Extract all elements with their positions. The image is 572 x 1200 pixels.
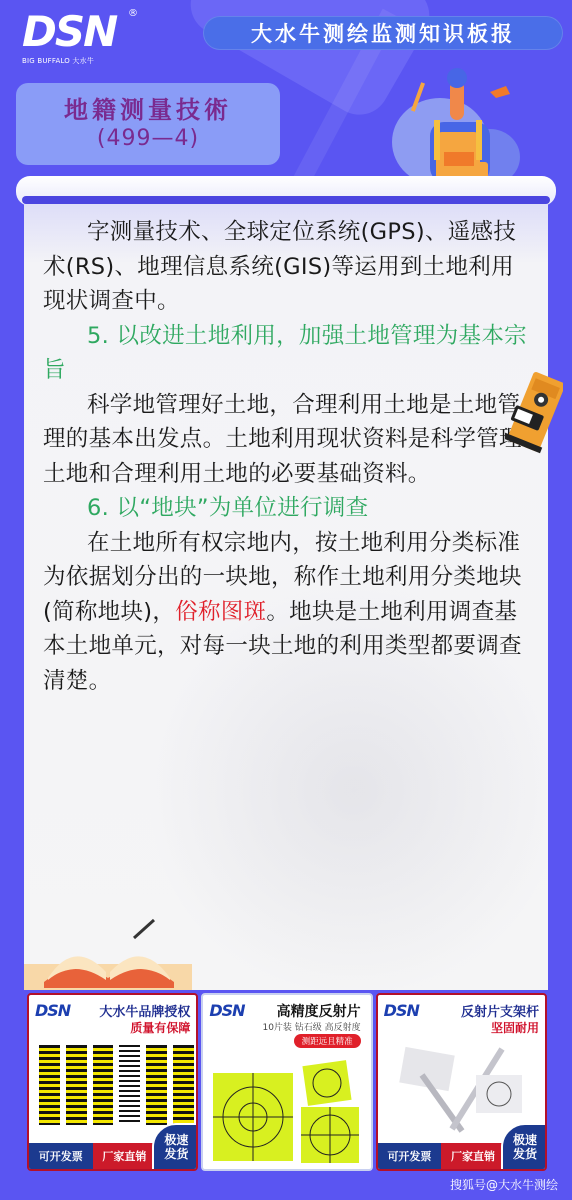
product-card-reflector[interactable]: DSN 高精度反射片 10片装 钻石级 高反射度 测距远且精准 <box>201 993 372 1171</box>
worker-illustration-icon <box>380 62 530 182</box>
registered-mark: ® <box>128 8 138 19</box>
banner-title: 大水牛测绘监测知识板报 <box>251 18 515 48</box>
fast-shipping-badge: 极速发货 <box>152 1123 198 1171</box>
product-ads: DSN 大水牛品牌授权 质量有保障 可开发票 厂家直销 极速发货 DSN 高精度… <box>27 993 547 1171</box>
article-body: 字测量技术、全球定位系统(GPS)、遥感技术(RS)、地理信息系统(GIS)等运… <box>43 215 533 698</box>
paragraph-3: 在土地所有权宗地内，按土地利用分类标准为依据划分出的一块地，称作土地利用分类地块… <box>43 526 533 699</box>
dsn-logo: DSN BIG BUFFALO 大水牛 ® <box>22 10 142 70</box>
scroll-rod <box>22 196 550 204</box>
product-card-reflector-stand[interactable]: DSN 反射片支架杆 坚固耐用 可开发票 厂家直销 极速发货 <box>376 993 547 1171</box>
product-logo: DSN <box>35 1001 70 1020</box>
theodolite-icon <box>505 362 563 462</box>
invoice-label: 可开发票 <box>29 1143 93 1169</box>
reflector-sheet-image <box>213 1053 363 1165</box>
invoice-label: 可开发票 <box>378 1143 442 1169</box>
highlight-term: 俗称图斑 <box>175 599 266 625</box>
product-card-level-staff[interactable]: DSN 大水牛品牌授权 质量有保障 可开发票 厂家直销 极速发货 <box>27 993 198 1171</box>
factory-direct-label: 厂家直销 <box>93 1143 157 1169</box>
product-tag: 测距远且精准 <box>294 1034 361 1048</box>
product-subtitle: 坚固耐用 <box>491 1019 539 1036</box>
factory-direct-label: 厂家直销 <box>441 1143 505 1169</box>
barcode-staff-image <box>39 1045 194 1125</box>
reflector-stand-image <box>392 1045 532 1133</box>
header-banner: 大水牛测绘监测知识板报 <box>203 16 563 50</box>
product-title: 高精度反射片 <box>277 1001 361 1021</box>
paragraph-1: 字测量技术、全球定位系统(GPS)、遥感技术(RS)、地理信息系统(GIS)等运… <box>43 215 533 319</box>
product-title: 反射片支架杆 <box>461 1001 539 1020</box>
paragraph-2: 科学地管理好土地，合理利用土地是土地管理的基本出发点。土地利用现状资料是科学管理… <box>43 388 533 492</box>
product-logo: DSN <box>209 1001 244 1020</box>
section-heading-5: 5. 以改进土地利用，加强土地管理为基本宗旨 <box>43 319 533 388</box>
title-card: 地籍测量技術 (499—4) <box>16 83 280 165</box>
source-watermark: 搜狐号@大水牛测绘 <box>450 1176 558 1193</box>
logo-text: DSN <box>22 10 142 54</box>
section-heading-6: 6. 以“地块”为单位进行调查 <box>43 491 533 526</box>
open-book-icon <box>24 918 192 990</box>
product-subtitle: 10片装 钻石级 高反射度 <box>262 1020 360 1033</box>
page-title: 地籍测量技術 <box>64 95 232 125</box>
issue-number: (499—4) <box>97 125 199 153</box>
fast-shipping-badge: 极速发货 <box>501 1123 547 1171</box>
logo-subtitle: BIG BUFFALO 大水牛 <box>22 56 142 66</box>
product-title: 大水牛品牌授权 <box>99 1001 190 1020</box>
product-logo: DSN <box>384 1001 419 1020</box>
product-subtitle: 质量有保障 <box>130 1019 190 1036</box>
